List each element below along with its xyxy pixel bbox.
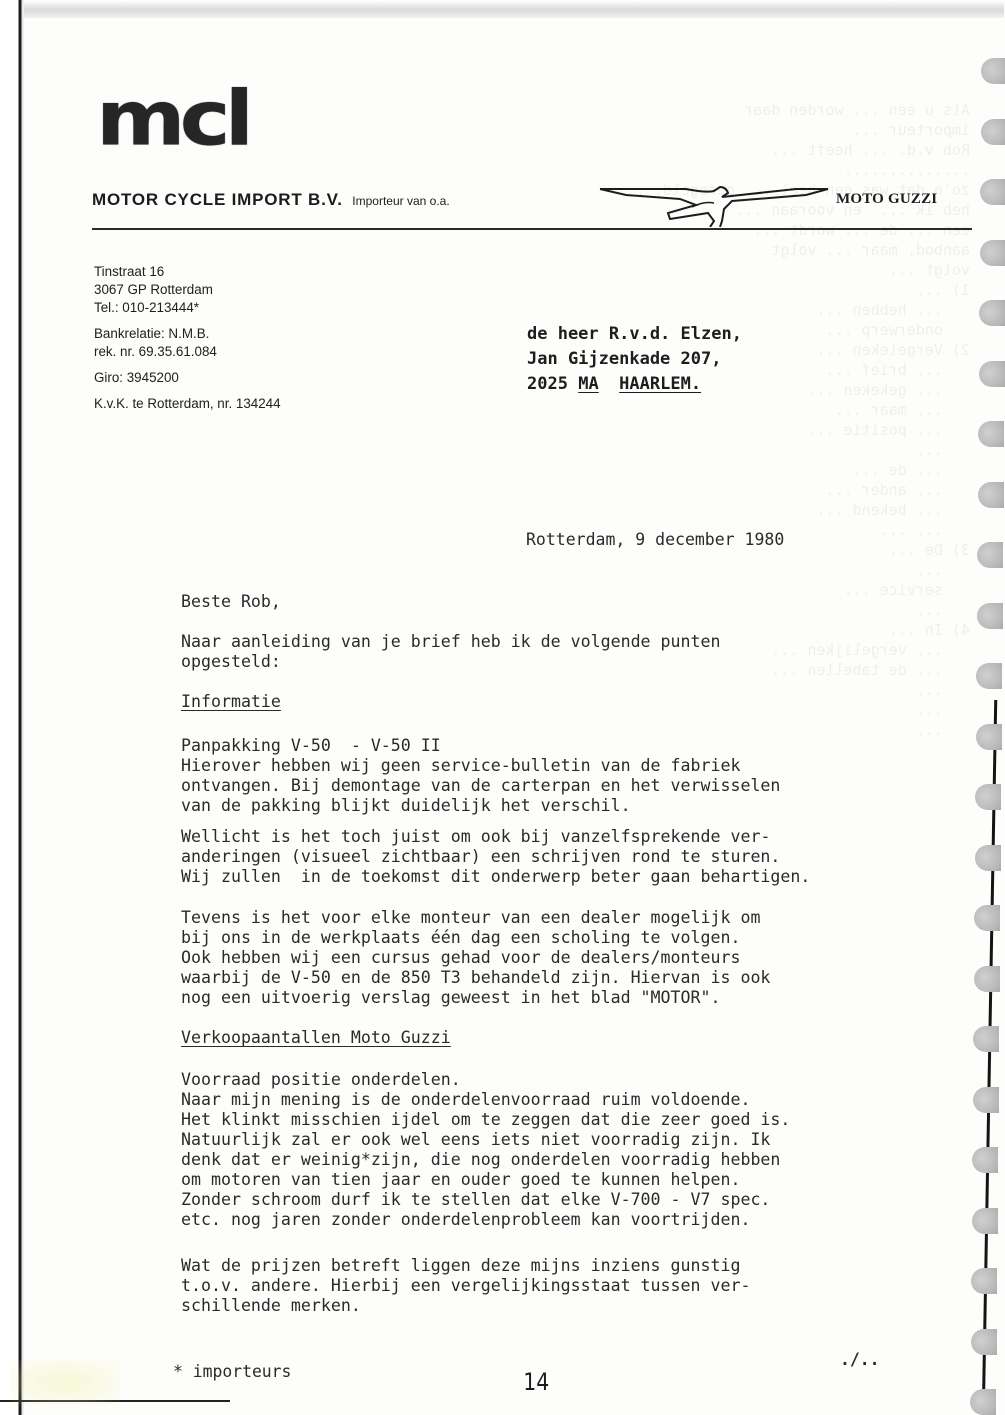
section-heading-verkoopaantallen: Verkoopaantallen Moto Guzzi [181,1028,451,1048]
company-header: MOTOR CYCLE IMPORT B.V. Importeur van o.… [92,190,450,210]
paragraph-line: etc. nog jaren zonder onderdelenprobleem… [181,1210,750,1229]
recipient-postcode-letters: MA [578,374,598,394]
footnote: * importeurs [173,1362,291,1382]
address-line: 3067 GP Rotterdam [94,281,281,299]
paragraph-line: Het klinkt misschien ijdel om te zeggen … [181,1110,790,1129]
binder-hole [977,603,1003,629]
binder-hole [977,542,1003,568]
binder-hole [973,1026,999,1052]
binder-hole [974,966,1000,992]
header-rule [92,228,972,230]
binder-holes [975,0,1005,1415]
recipient-postcode: 2025 [527,374,568,394]
kvk-line: K.v.K. te Rotterdam, nr. 134244 [94,395,281,413]
paragraph-line: bij ons in de werkplaats één dag een sch… [181,928,740,947]
paragraph-line: Wat de prijzen betreft liggen deze mijns… [181,1256,740,1275]
continued-mark: ./.. [840,1350,879,1370]
sender-address: Tinstraat 16 3067 GP Rotterdam Tel.: 010… [94,263,281,413]
intro-line: Naar aanleiding van je brief heb ik de v… [181,632,720,651]
eagle-icon [596,183,836,227]
paragraph-line: schillende merken. [181,1296,361,1315]
binder-hole [976,663,1002,689]
paragraph-line: denk dat er weinig*zijn, die nog onderde… [181,1150,780,1169]
binder-hole [972,1147,998,1173]
brand-name: MOTO GUZZI [836,191,937,208]
binder-hole [978,421,1004,447]
paragraph-voorraad: Voorraad positie onderdelen. Naar mijn m… [181,1070,790,1230]
paragraph-line: anderingen (visueel zichtbaar) een schri… [181,847,780,866]
binder-hole [971,1268,997,1294]
paragraph-line: t.o.v. andere. Hierbij een vergelijkings… [181,1276,750,1295]
binder-hole [980,179,1005,205]
recipient-street: Jan Gijzenkade 207, [527,349,721,369]
paragraph-line: van de pakking blijkt duidelijk het vers… [181,796,631,815]
letter-date: Rotterdam, 9 december 1980 [526,530,784,550]
binder-hole [974,905,1000,931]
paragraph-line: Hierover hebben wij geen service-bulleti… [181,756,740,775]
intro-line: opgesteld: [181,652,281,671]
intro-paragraph: Naar aanleiding van je brief heb ik de v… [181,632,720,672]
page-top-shadow [24,2,1004,18]
paragraph-line: Natuurlijk zal er ook wel eens iets niet… [181,1130,770,1149]
paragraph-line: ontvangen. Bij demontage van de carterpa… [181,776,780,795]
paragraph-wellicht: Wellicht is het toch juist om ook bij va… [181,827,810,887]
paragraph-line: Panpakking V-50 - V-50 II [181,736,441,755]
binder-hole [970,1389,996,1415]
paragraph-line: Tevens is het voor elke monteur van een … [181,908,760,927]
recipient-city: HAARLEM. [619,374,701,394]
address-line: Tinstraat 16 [94,263,281,281]
bank-account-line: rek. nr. 69.35.61.084 [94,343,281,361]
paragraph-line: nog een uitvoerig verslag geweest in het… [181,988,720,1007]
binder-hole [975,784,1001,810]
section-heading-informatie: Informatie [181,692,281,712]
binder-hole [971,1329,997,1355]
paragraph-line: Voorraad positie onderdelen. [181,1070,461,1089]
binder-hole [981,119,1005,145]
giro-line: Giro: 3945200 [94,369,281,387]
letter-page: Als u een ... worden daar importeur ... … [0,0,1005,1415]
binder-hole [979,361,1005,387]
paper-stain [10,1360,120,1405]
company-subtitle: Importeur van o.a. [352,194,449,208]
paragraph-line: Wij zullen in de toekomst dit onderwerp … [181,867,810,886]
paragraph-line: Naar mijn mening is de onderdelenvoorraa… [181,1090,750,1109]
binder-hole [981,58,1005,84]
paragraph-line: Ook hebben wij een cursus gehad voor de … [181,948,740,967]
binder-hole [980,240,1005,266]
recipient-address: de heer R.v.d. Elzen, Jan Gijzenkade 207… [527,322,742,397]
page-left-edge [0,0,24,1415]
salutation: Beste Rob, [181,592,281,612]
binder-hole [973,1087,999,1113]
paragraph-line: Wellicht is het toch juist om ook bij va… [181,827,770,846]
binder-hole [978,482,1004,508]
paragraph-line: waarbij de V-50 en de 850 T3 behandeld z… [181,968,770,987]
mcl-logo: mcl [96,88,248,150]
paragraph-line: om motoren van tien jaar en ouder goed t… [181,1170,740,1189]
phone-line: Tel.: 010-213444* [94,299,281,317]
paragraph-prijzen: Wat de prijzen betreft liggen deze mijns… [181,1256,750,1316]
recipient-name: de heer R.v.d. Elzen, [527,324,742,344]
page-number: 14 [523,1368,549,1396]
company-name: MOTOR CYCLE IMPORT B.V. [92,190,343,209]
bank-line: Bankrelatie: N.M.B. [94,325,281,343]
binder-hole [975,845,1001,871]
binder-hole [976,724,1002,750]
paragraph-panpakking: Panpakking V-50 - V-50 II Hierover hebbe… [181,736,780,816]
binder-hole [979,300,1005,326]
paragraph-tevens: Tevens is het voor elke monteur van een … [181,908,770,1008]
binder-hole [972,1208,998,1234]
paragraph-line: Zonder schroom durf ik te stellen dat el… [181,1190,770,1209]
